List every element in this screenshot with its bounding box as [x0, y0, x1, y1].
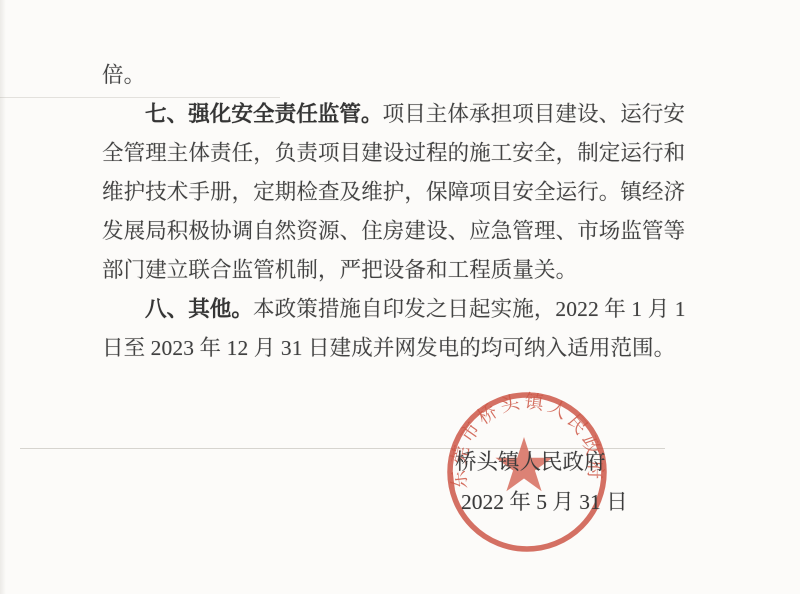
text-line: 八、其他。本政策措施自印发之日起实施，2022 年 1 月 1 — [102, 290, 688, 329]
signature-issuer: 桥头镇人民政府 — [455, 449, 606, 476]
text-segment: 项目主体承担项目建设、运行安 — [383, 102, 685, 126]
text-segment: 发展局积极协调自然资源、住房建设、应急管理、市场监管等 — [102, 219, 685, 243]
text-line: 维护技术手册，定期检查及维护，保障项目安全运行。镇经济 — [102, 173, 688, 212]
scanned-document-page: 倍。 七、强化安全责任监管。项目主体承担项目建设、运行安 全管理主体责任，负责项… — [0, 0, 800, 594]
section-heading: 八、其他。 — [145, 297, 253, 321]
text-segment: 倍。 — [102, 63, 145, 87]
text-line: 七、强化安全责任监管。项目主体承担项目建设、运行安 — [102, 95, 688, 134]
text-line: 日至 2023 年 12 月 31 日建成并网发电的均可纳入适用范围。 — [102, 329, 688, 368]
text-segment: 维护技术手册，定期检查及维护，保障项目安全运行。镇经济 — [102, 180, 685, 204]
document-body: 倍。 七、强化安全责任监管。项目主体承担项目建设、运行安 全管理主体责任，负责项… — [102, 56, 688, 368]
section-heading: 七、强化安全责任监管。 — [145, 102, 383, 126]
text-line: 发展局积极协调自然资源、住房建设、应急管理、市场监管等 — [102, 212, 688, 251]
text-segment: 本政策措施自印发之日起实施，2022 年 1 月 1 — [253, 297, 686, 321]
text-segment: 日至 2023 年 12 月 31 日建成并网发电的均可纳入适用范围。 — [102, 336, 675, 360]
text-line: 全管理主体责任，负责项目建设过程的施工安全，制定运行和 — [102, 134, 688, 173]
text-line: 部门建立联合监管机制，严把设备和工程质量关。 — [102, 251, 688, 290]
text-segment: 全管理主体责任，负责项目建设过程的施工安全，制定运行和 — [102, 141, 685, 165]
text-segment: 部门建立联合监管机制，严把设备和工程质量关。 — [102, 258, 577, 282]
text-line: 倍。 — [102, 56, 688, 95]
signature-date: 2022 年 5 月 31 日 — [461, 489, 628, 516]
